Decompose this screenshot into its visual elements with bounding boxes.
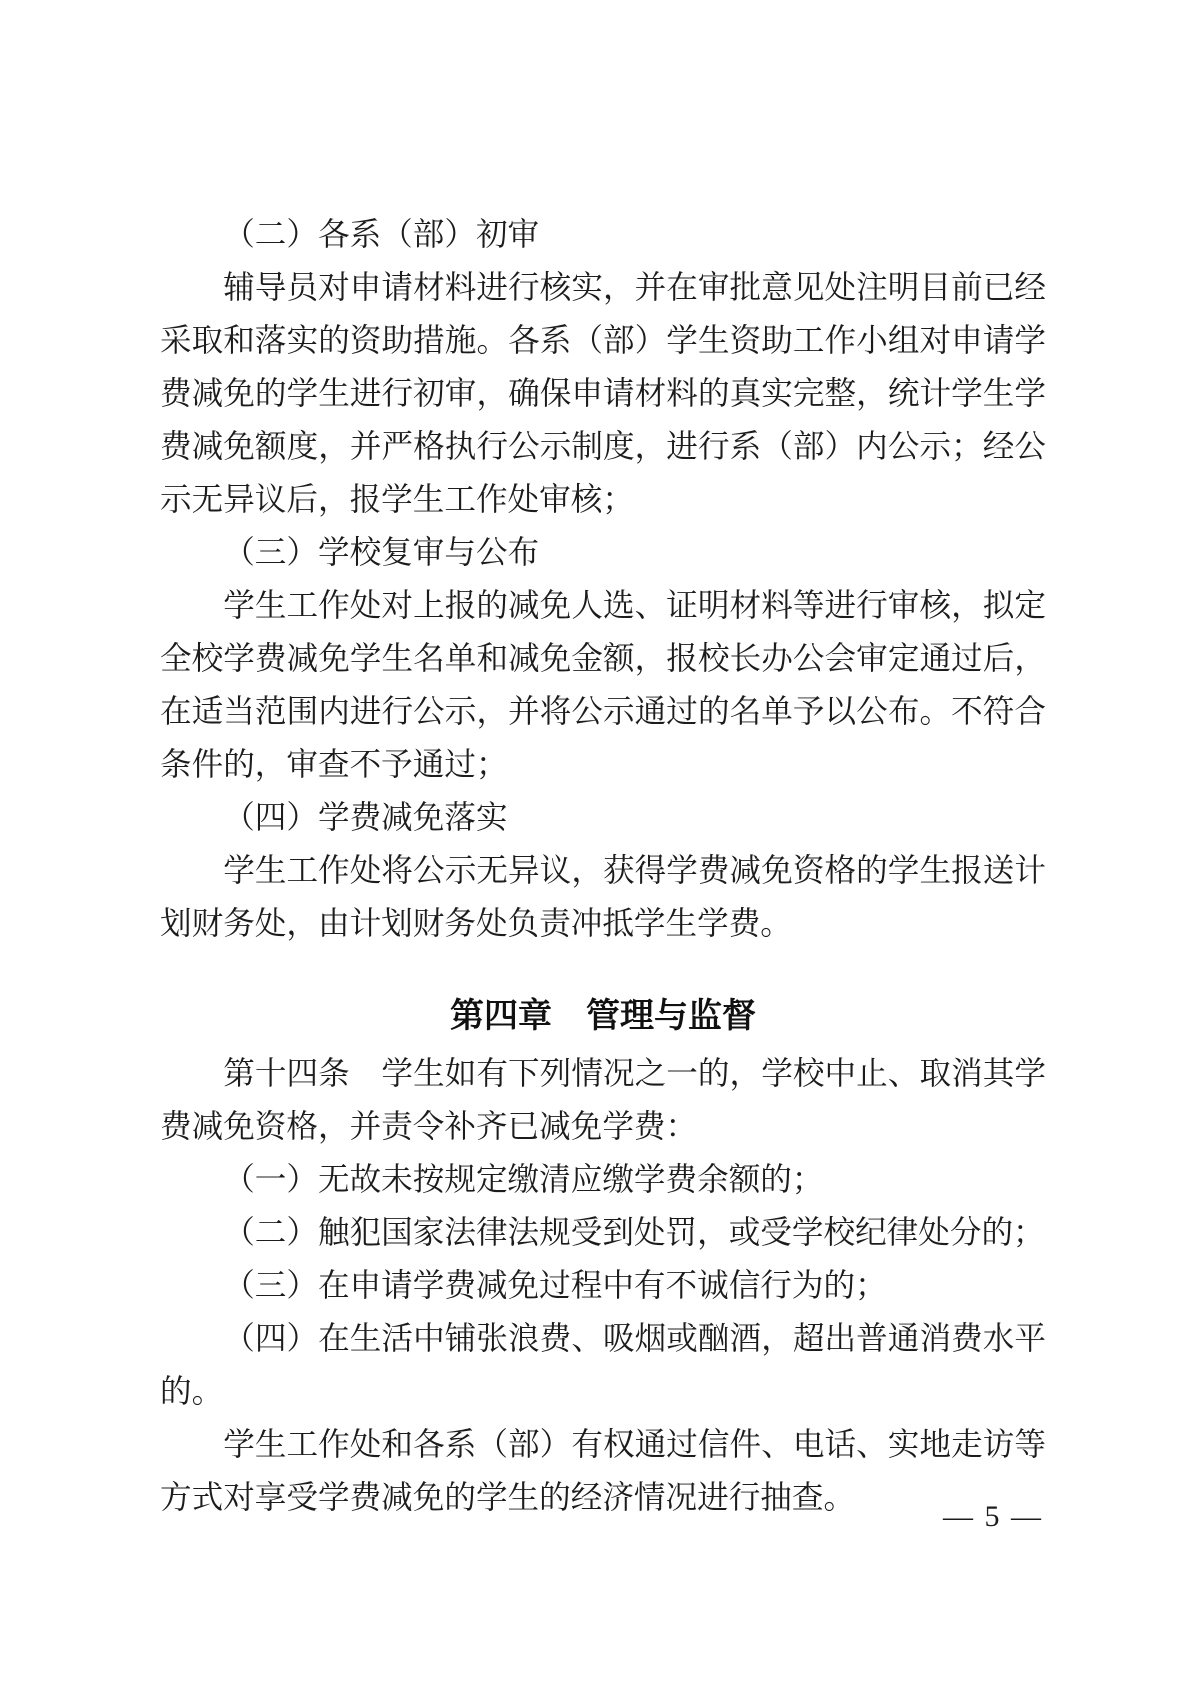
page-number: — 5 — — [943, 1497, 1043, 1537]
body-paragraph: 辅导员对申请材料进行核实，并在审批意见处注明目前已经采取和落实的资助措施。各系（… — [160, 261, 1046, 526]
document-page: （二）各系（部）初审 辅导员对申请材料进行核实，并在审批意见处注明目前已经采取和… — [0, 0, 1191, 1684]
list-item: （一）无故未按规定缴清应缴学费余额的； — [160, 1153, 1046, 1206]
body-paragraph: 学生工作处将公示无异议，获得学费减免资格的学生报送计划财务处，由计划财务处负责冲… — [160, 844, 1046, 950]
list-item: （二）触犯国家法律法规受到处罚，或受学校纪律处分的； — [160, 1206, 1046, 1259]
body-paragraph: 学生工作处对上报的减免人选、证明材料等进行审核，拟定全校学费减免学生名单和减免金… — [160, 579, 1046, 791]
body-paragraph: 学生工作处和各系（部）有权通过信件、电话、实地走访等方式对享受学费减免的学生的经… — [160, 1418, 1046, 1524]
list-item: （三）在申请学费减免过程中有不诚信行为的； — [160, 1259, 1046, 1312]
list-item: （四）在生活中铺张浪费、吸烟或酗酒，超出普通消费水平的。 — [160, 1312, 1046, 1418]
chapter-heading: 第四章 管理与监督 — [160, 990, 1046, 1043]
page-content: （二）各系（部）初审 辅导员对申请材料进行核实，并在审批意见处注明目前已经采取和… — [160, 208, 1046, 1524]
list-item-heading: （二）各系（部）初审 — [160, 208, 1046, 261]
list-item-heading: （三）学校复审与公布 — [160, 526, 1046, 579]
list-item-heading: （四）学费减免落实 — [160, 791, 1046, 844]
clause-paragraph: 第十四条 学生如有下列情况之一的，学校中止、取消其学费减免资格，并责令补齐已减免… — [160, 1047, 1046, 1153]
